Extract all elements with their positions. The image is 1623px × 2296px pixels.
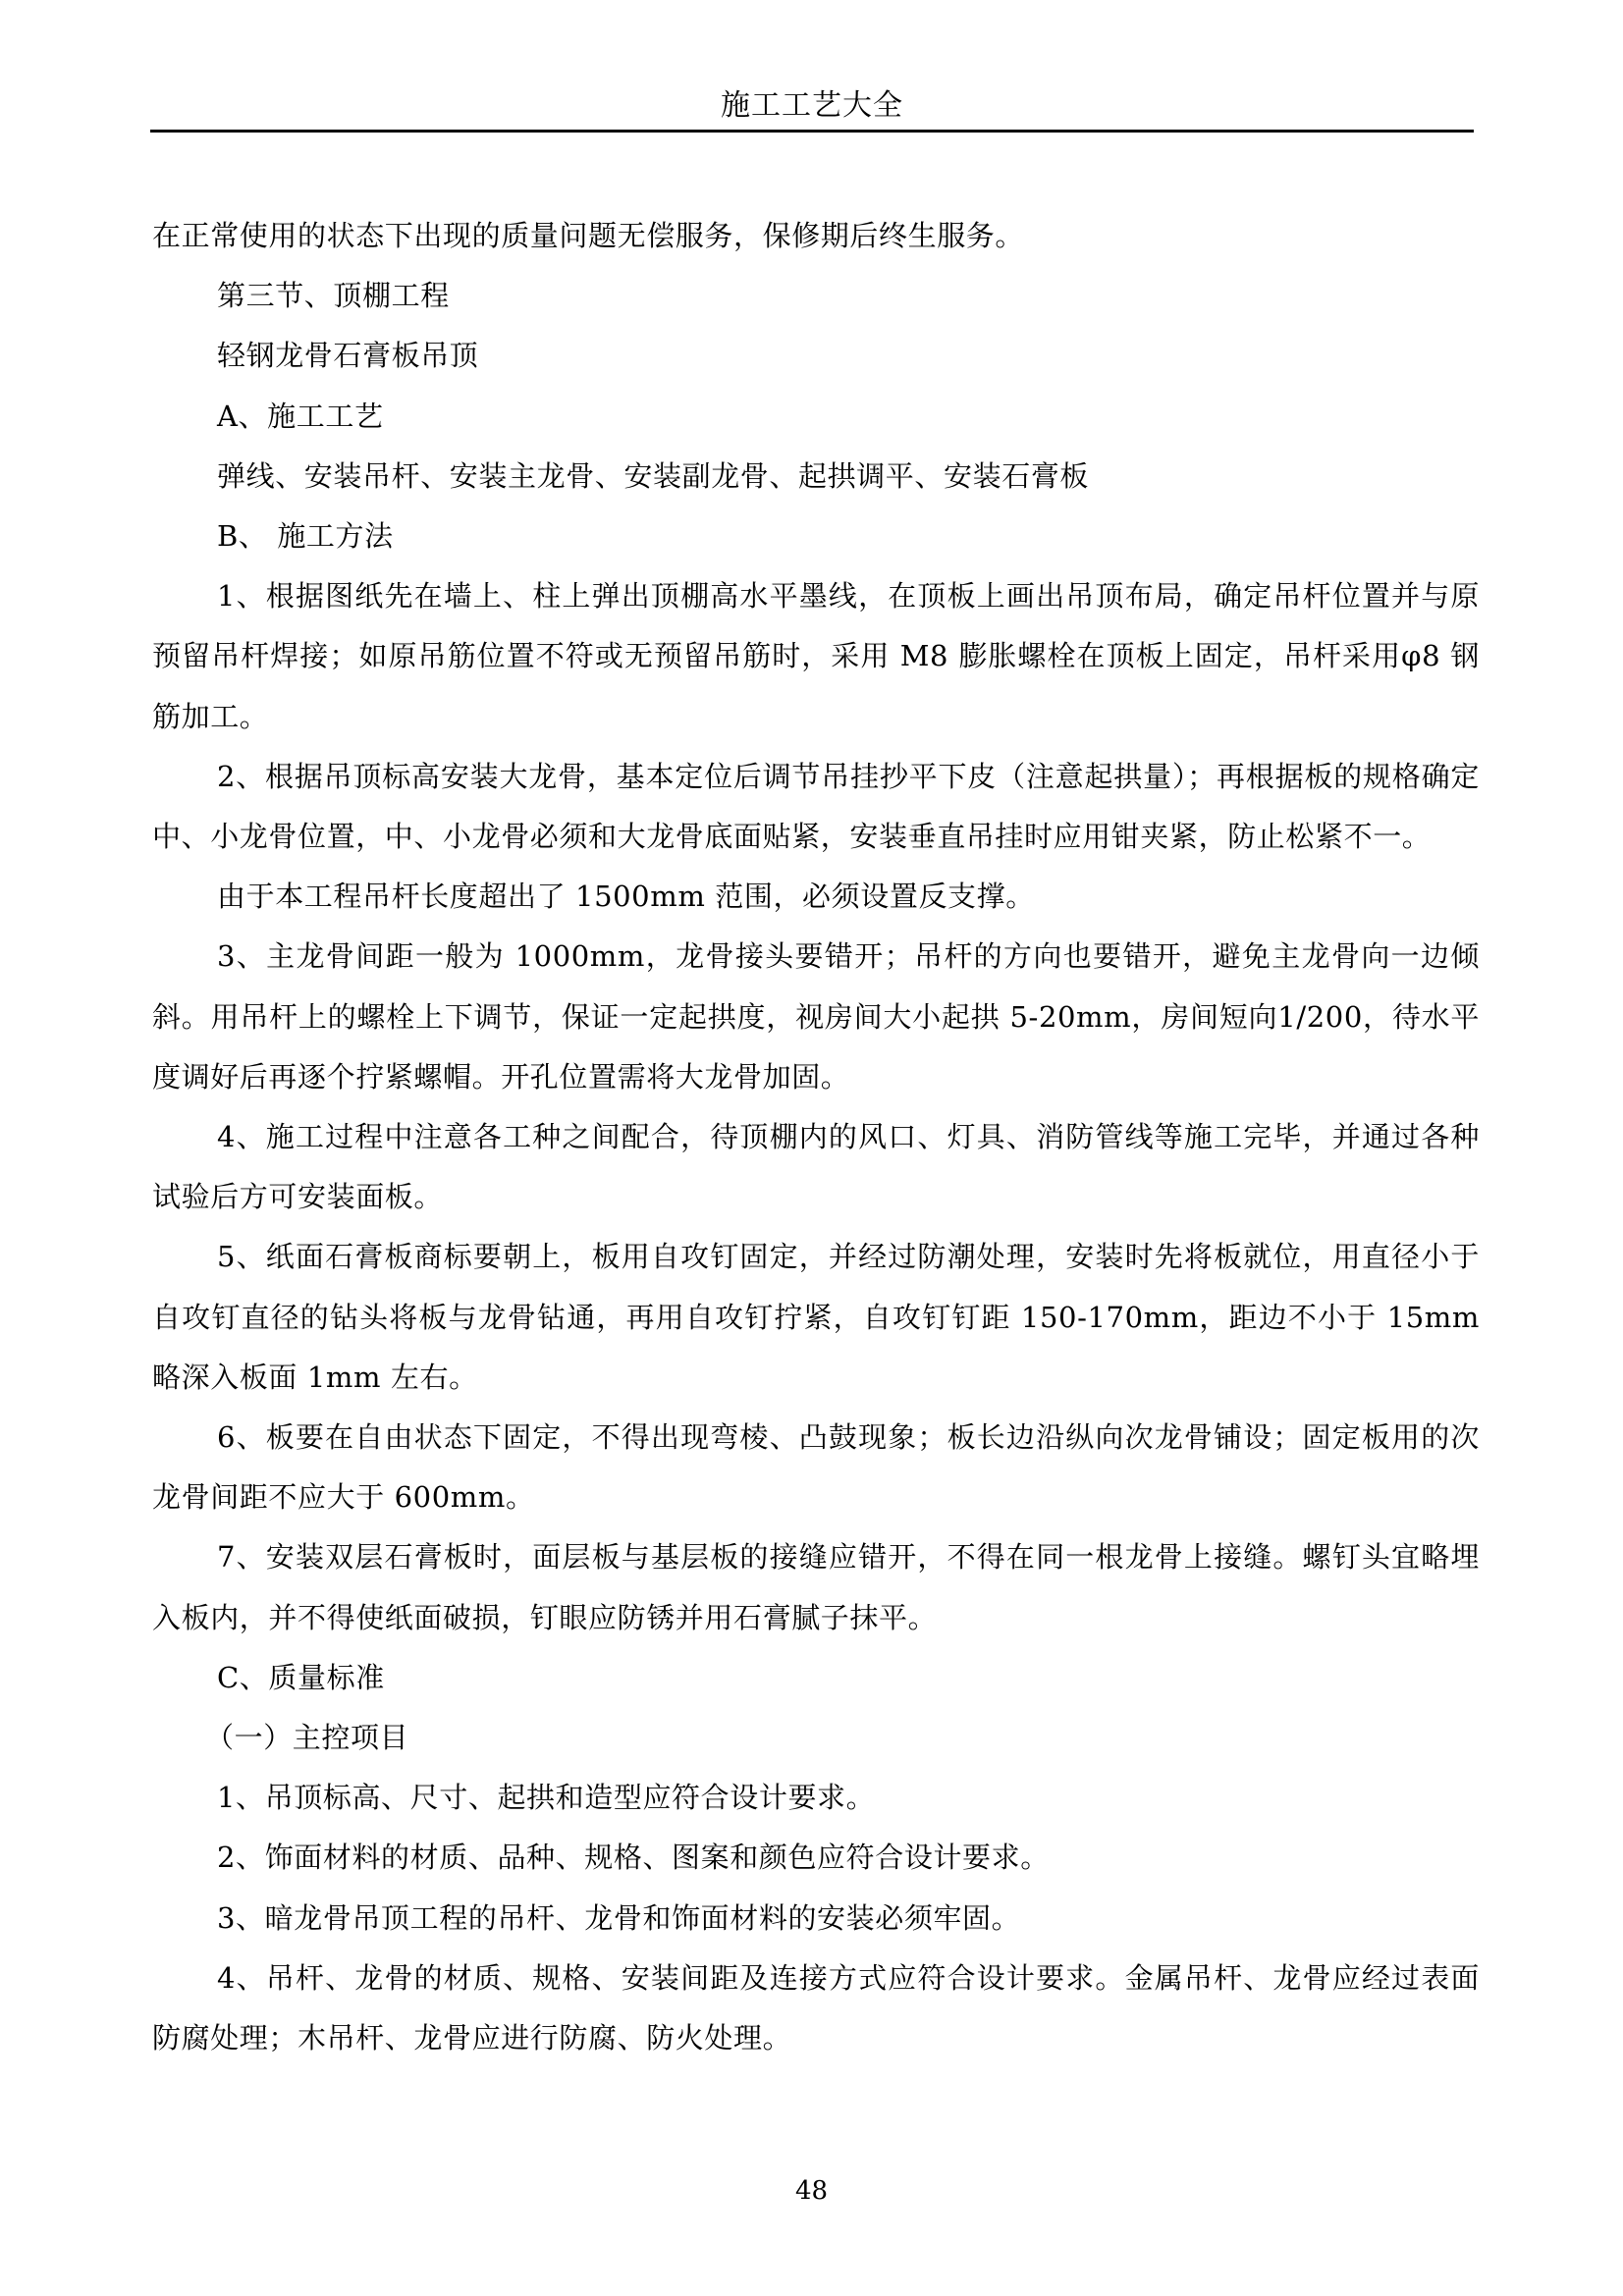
subsection-heading: 轻钢龙骨石膏板吊顶 <box>152 326 1480 386</box>
header-divider <box>150 130 1474 133</box>
heading-quality-standard: C、质量标准 <box>152 1648 1480 1708</box>
paragraph-method-3: 3、主龙骨间距一般为 1000mm，龙骨接头要错开；吊杆的方向也要错开，避免主龙… <box>152 927 1480 1107</box>
paragraph-quality-3: 3、暗龙骨吊顶工程的吊杆、龙骨和饰面材料的安装必须牢固。 <box>152 1889 1480 1949</box>
paragraph-quality-2: 2、饰面材料的材质、品种、规格、图案和颜色应符合设计要求。 <box>152 1828 1480 1888</box>
paragraph-method-4: 4、施工过程中注意各工种之间配合，待顶棚内的风口、灯具、消防管线等施工完毕，并通… <box>152 1107 1480 1227</box>
heading-main-control-items: （一）主控项目 <box>152 1708 1480 1768</box>
paragraph-warranty-continuation: 在正常使用的状态下出现的质量问题无偿服务，保修期后终生服务。 <box>152 206 1480 266</box>
heading-construction-process: A、施工工艺 <box>152 387 1480 447</box>
page-number: 48 <box>0 2175 1623 2207</box>
paragraph-quality-4: 4、吊杆、龙骨的材质、规格、安装间距及连接方式应符合设计要求。金属吊杆、龙骨应经… <box>152 1949 1480 2068</box>
paragraph-method-2: 2、根据吊顶标高安装大龙骨，基本定位后调节吊挂抄平下皮（注意起拱量）；再根据板的… <box>152 747 1480 867</box>
page-header-title: 施工工艺大全 <box>150 86 1474 126</box>
paragraph-quality-1: 1、吊顶标高、尺寸、起拱和造型应符合设计要求。 <box>152 1768 1480 1828</box>
heading-construction-method: B、 施工方法 <box>152 507 1480 566</box>
document-body: 在正常使用的状态下出现的质量问题无偿服务，保修期后终生服务。 第三节、顶棚工程 … <box>152 206 1480 2068</box>
paragraph-process-steps: 弹线、安装吊杆、安装主龙骨、安装副龙骨、起拱调平、安装石膏板 <box>152 447 1480 507</box>
section-heading: 第三节、顶棚工程 <box>152 266 1480 326</box>
paragraph-method-7: 7、安装双层石膏板时，面层板与基层板的接缝应错开，不得在同一根龙骨上接缝。螺钉头… <box>152 1527 1480 1647</box>
paragraph-reverse-support: 由于本工程吊杆长度超出了 1500mm 范围，必须设置反支撑。 <box>152 867 1480 927</box>
paragraph-method-5: 5、纸面石膏板商标要朝上，板用自攻钉固定，并经过防潮处理，安装时先将板就位，用直… <box>152 1227 1480 1408</box>
paragraph-method-1: 1、根据图纸先在墙上、柱上弹出顶棚高水平墨线，在顶板上画出吊顶布局，确定吊杆位置… <box>152 566 1480 747</box>
paragraph-method-6: 6、板要在自由状态下固定，不得出现弯棱、凸鼓现象；板长边沿纵向次龙骨铺设；固定板… <box>152 1408 1480 1527</box>
